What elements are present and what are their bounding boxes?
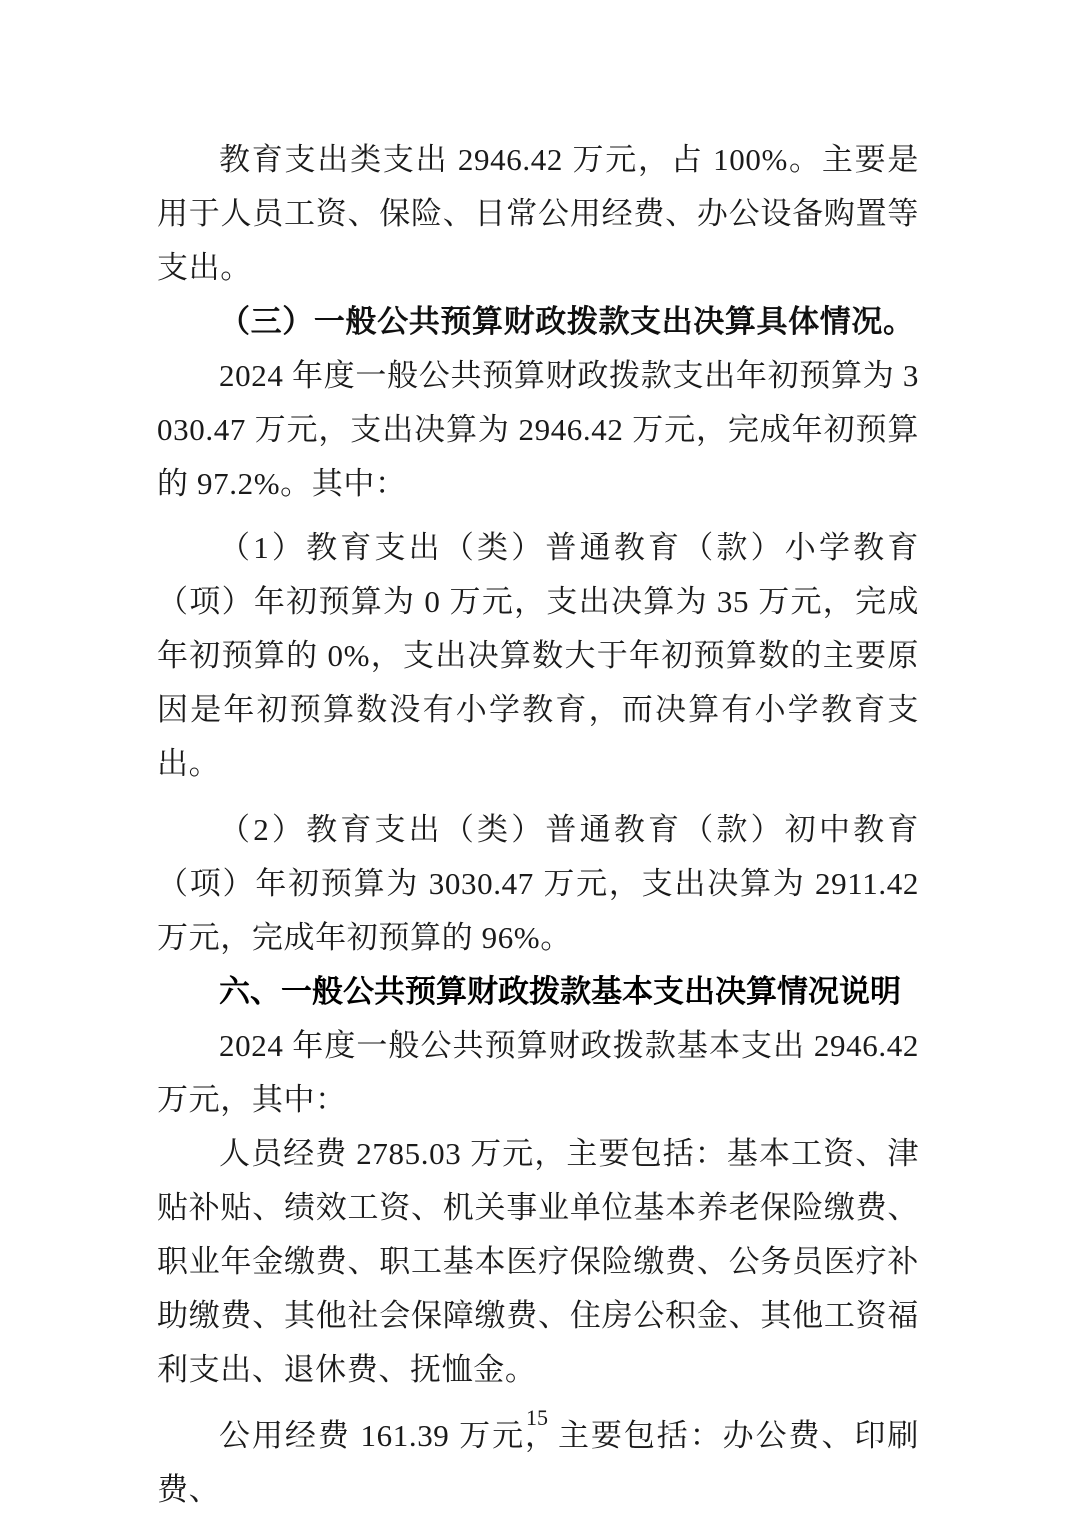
document-page: 教育支出类支出 2946.42 万元，占 100%。主要是用于人员工资、保险、日… — [0, 0, 1074, 1520]
heading-section-6-basic-expenditure: 六、一般公共预算财政拨款基本支出决算情况说明 — [157, 965, 919, 1019]
paragraph-budget-overview: 2024 年度一般公共预算财政拨款支出年初预算为 3030.47 万元，支出决算… — [157, 349, 919, 511]
paragraph-basic-expense-total: 2024 年度一般公共预算财政拨款基本支出 2946.42 万元，其中： — [157, 1019, 919, 1127]
paragraph-personnel-funds: 人员经费 2785.03 万元，主要包括：基本工资、津贴补贴、绩效工资、机关事业… — [157, 1127, 919, 1397]
paragraph-item-1-primary-education: （1）教育支出（类）普通教育（款）小学教育（项）年初预算为 0 万元，支出决算为… — [157, 521, 919, 791]
page-number: 15 — [0, 1404, 1074, 1432]
heading-section-3-expenditure-details: （三）一般公共预算财政拨款支出决算具体情况。 — [157, 295, 919, 349]
document-body: 教育支出类支出 2946.42 万元，占 100%。主要是用于人员工资、保险、日… — [157, 133, 919, 1517]
paragraph-education-class-expense: 教育支出类支出 2946.42 万元，占 100%。主要是用于人员工资、保险、日… — [157, 133, 919, 295]
paragraph-item-2-middle-school-education: （2）教育支出（类）普通教育（款）初中教育（项）年初预算为 3030.47 万元… — [157, 803, 919, 965]
